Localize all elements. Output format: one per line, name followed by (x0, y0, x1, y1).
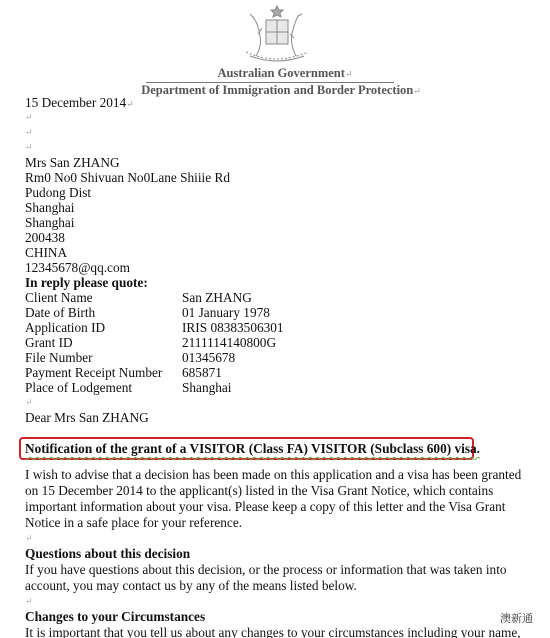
reply-row-client-name: Client NameSan ZHANG (25, 290, 545, 305)
address-postcode: 200438 (25, 230, 545, 245)
reply-row-place-of-lodgement: Place of LodgementShanghai (25, 380, 545, 395)
letter-date: 15 December 2014↵ (25, 95, 545, 110)
reply-row-file-number: File Number01345678 (25, 350, 545, 365)
reply-row-application-id: Application IDIRIS 08383506301 (25, 320, 545, 335)
changes-paragraph: It is important that you tell us about a… (25, 625, 525, 638)
address-line1: Rm0 No0 Shivuan No0Lane Shiiie Rd (25, 170, 545, 185)
notification-title: Notification of the grant of a VISITOR (… (25, 441, 480, 457)
letter-paragraphs: I wish to advise that a decision has bee… (25, 467, 525, 638)
letter-body: 15 December 2014↵ ↵ ↵ ↵ Mrs San ZHANG Rm… (25, 95, 545, 425)
coat-of-arms-icon (232, 4, 322, 66)
blank-line: ↵ (25, 110, 545, 125)
address-city: Shanghai (25, 200, 545, 215)
questions-heading: Questions about this decision (25, 546, 525, 562)
reply-row-payment-receipt: Payment Receipt Number685871 (25, 365, 545, 380)
reply-row-grant-id: Grant ID2111114140800G (25, 335, 545, 350)
questions-paragraph: If you have questions about this decisio… (25, 562, 525, 594)
salutation: Dear Mrs San ZHANG (25, 410, 545, 425)
watermark-text: 澳新通 (500, 610, 533, 626)
blank-line: ↵ (25, 125, 545, 140)
reply-heading: In reply please quote: (25, 275, 545, 290)
government-title: Australian Government↵ (0, 66, 550, 81)
address-email: 12345678@qq.com (25, 260, 545, 275)
recipient-name: Mrs San ZHANG (25, 155, 545, 170)
reply-row-date-of-birth: Date of Birth01 January 1978 (25, 305, 545, 320)
blank-line: ↵ (25, 140, 545, 155)
blank-line: ↵ (25, 531, 525, 546)
address-country: CHINA (25, 245, 545, 260)
changes-heading: Changes to your Circumstances (25, 609, 525, 625)
address-line2: Pudong Dist (25, 185, 545, 200)
address-province: Shanghai (25, 215, 545, 230)
blank-line: ↵ (25, 594, 525, 609)
blank-line: ↵ (25, 395, 545, 410)
advise-paragraph: I wish to advise that a decision has bee… (25, 467, 525, 531)
